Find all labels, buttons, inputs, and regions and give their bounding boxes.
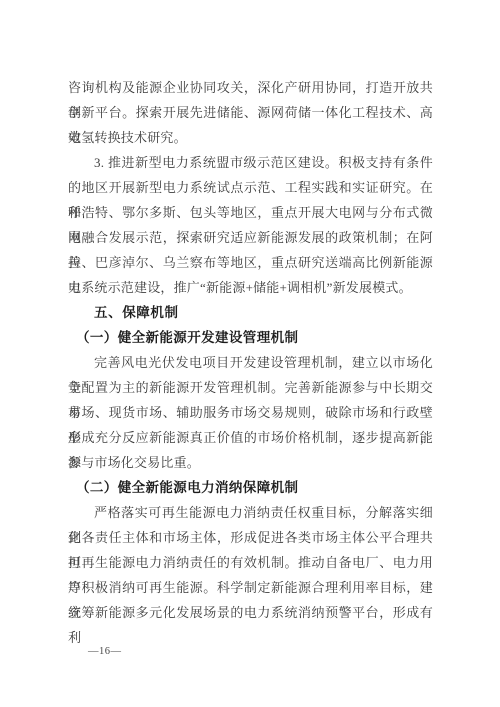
document-body: 咨询机构及能源企业协同攻关，深化产研用协同，打造开放共享 创新平台。探索开展先进… <box>68 75 433 625</box>
text-line: 市场、现货市场、辅助服务市场交易规则，破除市场和行政壁垒， <box>68 400 433 425</box>
text-line: 到各责任主体和市场主体，形成促进各类市场主体公平合理共担 <box>68 525 433 550</box>
text-line: 咨询机构及能源企业协同攻关，深化产研用协同，打造开放共享 <box>68 75 433 100</box>
text-line: 参与市场化交易比重。 <box>68 450 433 475</box>
page-number: —16— <box>88 645 122 659</box>
text-line: 力系统示范建设，推广“新能源+储能+调相机”新发展模式。 <box>68 275 433 300</box>
section-heading: 五、保障机制 <box>68 300 433 325</box>
subsection-heading: （二）健全新能源电力消纳保障机制 <box>68 475 433 500</box>
text-line: 可再生能源电力消纳责任的有效机制。推动自备电厂、电力用户 <box>68 550 433 575</box>
text-line: 网融合发展示范，探索研究适应新能源发展的政策机制；在阿拉 <box>68 225 433 250</box>
text-line: 创新平台。探索开展先进储能、源网荷储一体化工程技术、高效 <box>68 100 433 125</box>
text-line: 电氢转换技术研究。 <box>68 125 433 150</box>
text-line: 等积极消纳可再生能源。科学制定新能源合理利用率目标，建立 <box>68 575 433 600</box>
text-line: 争配置为主的新能源开发管理机制。完善新能源参与中长期交易 <box>68 375 433 400</box>
text-line: 善、巴彦淖尔、乌兰察布等地区，重点研究送端高比例新能源电 <box>68 250 433 275</box>
subsection-heading: （一）健全新能源开发建设管理机制 <box>68 325 433 350</box>
numbered-item-line: 3. 推进新型电力系统盟市级示范区建设。积极支持有条件 <box>68 150 433 175</box>
text-line: 的地区开展新型电力系统试点示范、工程实践和实证研究。在呼 <box>68 175 433 200</box>
text-line: 严格落实可再生能源电力消纳责任权重目标，分解落实细化 <box>68 500 433 525</box>
text-line: 和浩特、鄂尔多斯、包头等地区，重点开展大电网与分布式微电 <box>68 200 433 225</box>
text-line: 完善风电光伏发电项目开发建设管理机制，建立以市场化竞 <box>68 350 433 375</box>
document-page: 咨询机构及能源企业协同攻关，深化产研用协同，打造开放共享 创新平台。探索开展先进… <box>0 0 500 707</box>
text-line: 统筹新能源多元化发展场景的电力系统消纳预警平台，形成有利 <box>68 600 433 625</box>
text-line: 形成充分反应新能源真正价值的市场价格机制，逐步提高新能源 <box>68 425 433 450</box>
